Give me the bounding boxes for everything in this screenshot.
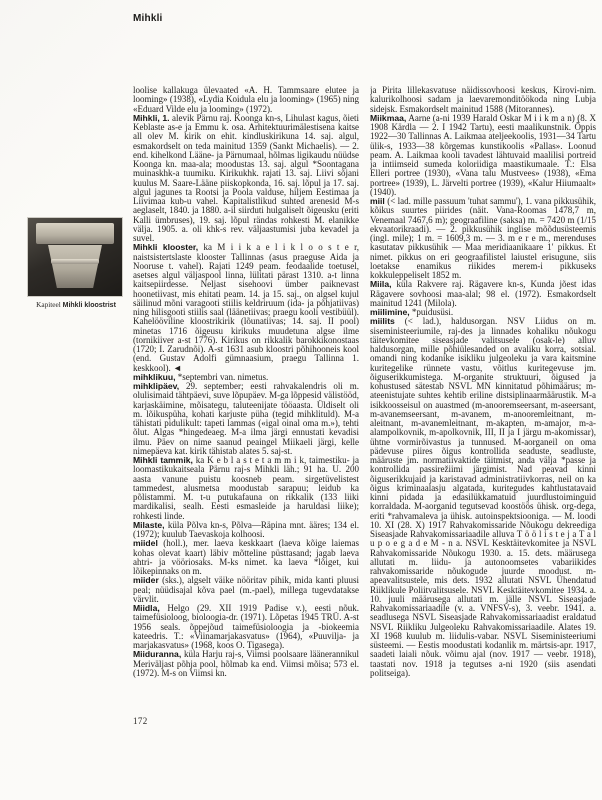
entry: miil (< lad. mille passuum 'tuhat sammu'… (370, 197, 596, 280)
entry: miilits (< lad.), haldusorgan. NSV Liidu… (370, 317, 596, 678)
entry-headword: Miila, (370, 279, 392, 289)
entry: Mihkli klooster, ka M i i k a e l i k l … (133, 243, 359, 373)
entry: mihklipäev, 29. september; eesti rahvaka… (133, 382, 359, 456)
text-columns: loolise kallakuga ülevaated «A. H. Tamms… (133, 86, 596, 716)
capital-abacus-shape (36, 223, 115, 243)
entry-headword: Miikmaa, (370, 113, 406, 123)
entry-headword: Mihkli tammik, (133, 455, 193, 465)
page-number: 172 (133, 716, 148, 726)
capital-photo (28, 218, 122, 296)
entry-headword: miil (370, 196, 385, 206)
entry: ja Pirita lillekasvatuse näidissovhoosi … (370, 86, 596, 114)
entry: Miiduranna, küla Harju raj-s, Viimsi poo… (133, 650, 359, 678)
entry: Miikmaa, Aarne (a-ni 1939 Harald Oskar M… (370, 114, 596, 197)
entry: miider (sks.), algselt väike nööritav pi… (133, 576, 359, 604)
entry: Mihkli, 1. alevik Pärnu raj. Koonga kn-s… (133, 114, 359, 244)
running-head: Mihkli (133, 13, 163, 24)
entry-headword: Miidla, (133, 603, 160, 613)
encyclopedia-page: Mihkli Kapiteel Mihkli kloostrist loolis… (0, 0, 602, 800)
entry-headword: Mihkli, 1. (133, 113, 170, 123)
capital-neck-shape (47, 245, 103, 289)
entry: miidel (holl.), mer. laeva keskkaart (la… (133, 539, 359, 576)
entry-headword: miilits (370, 316, 395, 326)
figure-caption-prefix: Kapiteel (36, 300, 61, 309)
entry: Milaste, küla Põlva kn-s, Põlva—Räpina m… (133, 521, 359, 540)
entry-headword: mihklipäev, (133, 381, 179, 391)
entry: Mihkli tammik, ka K e b l a s t e t a m … (133, 456, 359, 521)
figure-caption: Kapiteel Mihkli kloostrist (16, 301, 136, 311)
entry-headword: Miiduranna, (133, 649, 181, 659)
figure-caption-title: Mihkli kloostrist (63, 302, 116, 309)
entry-headword: Mihkli klooster, (133, 242, 198, 252)
entry-headword: miider (133, 575, 159, 585)
entry-headword: miidel (133, 538, 158, 548)
entry-headword: Milaste, (133, 520, 165, 530)
entry: loolise kallakuga ülevaated «A. H. Tamms… (133, 86, 359, 114)
entry: Miidla, Helgo (29. XII 1919 Padise v.), … (133, 604, 359, 650)
column-right: ja Pirita lillekasvatuse näidissovhoosi … (370, 86, 596, 716)
column-left: loolise kallakuga ülevaated «A. H. Tamms… (133, 86, 359, 716)
entry: Miila, küla Rakvere raj. Rägavere kn-s, … (370, 280, 596, 308)
capital-band-shape (51, 259, 100, 264)
